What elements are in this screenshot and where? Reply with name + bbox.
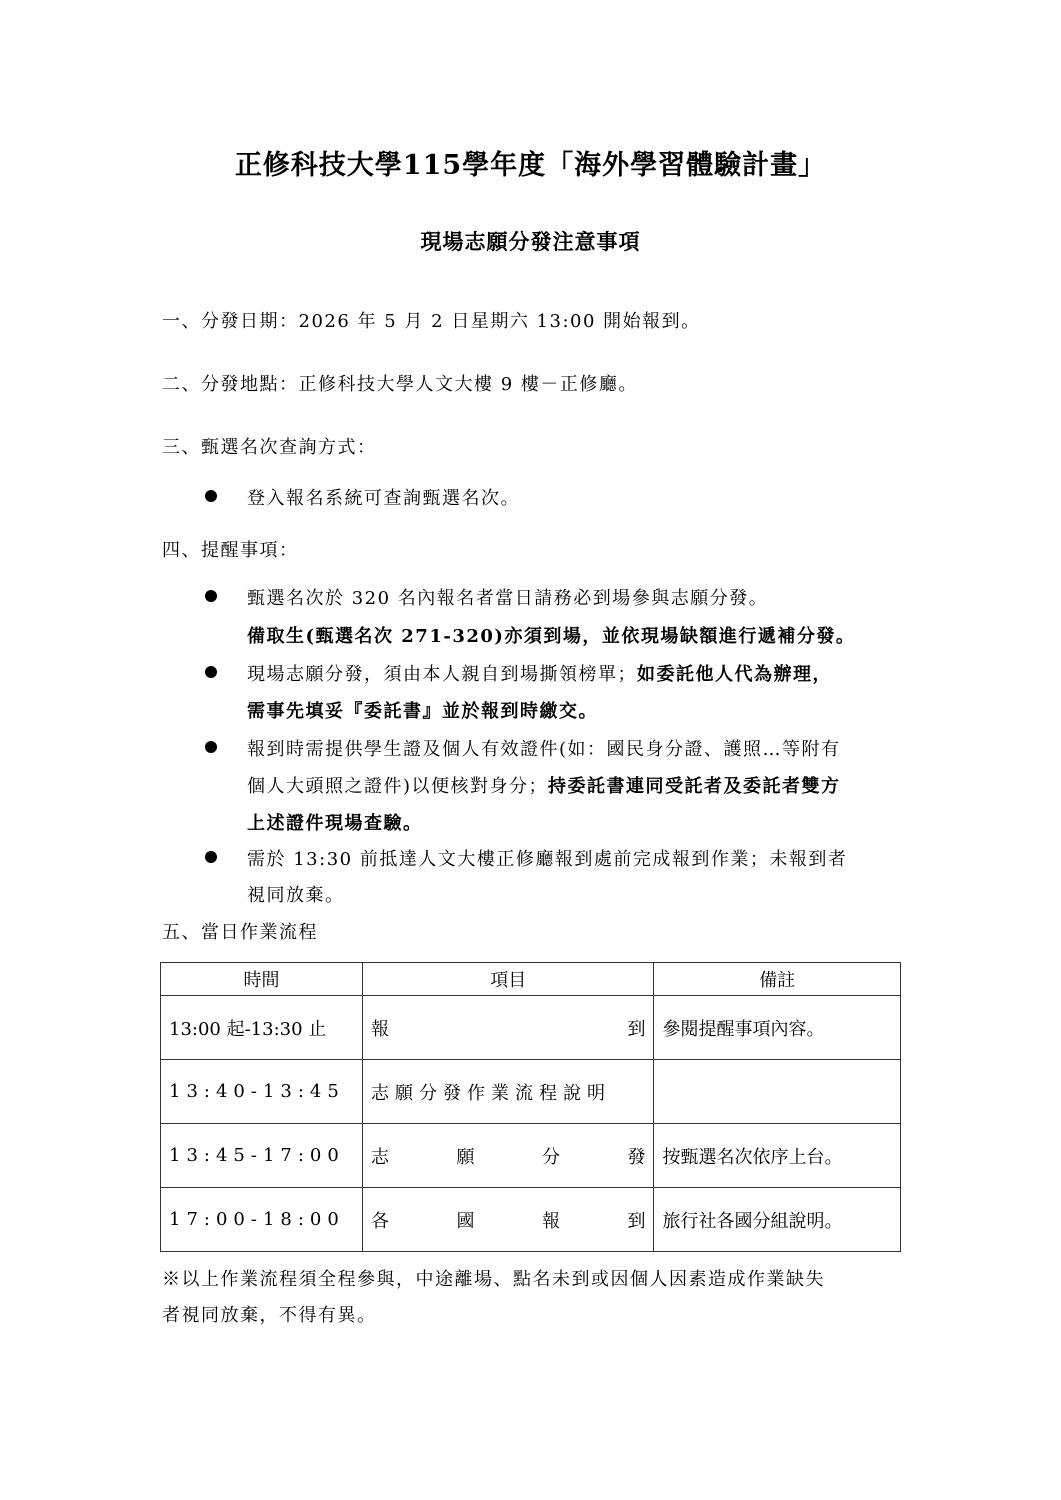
reminder-3-line-3: 上述證件現場查驗。 [247, 809, 423, 835]
cell-time: 13:00 起-13:30 止 [161, 996, 363, 1060]
cell-item-char: 各 [371, 1207, 389, 1233]
cell-note [654, 1060, 901, 1124]
bullet-icon [205, 590, 217, 602]
reminder-2-line-1: 現場志願分發，須由本人親自到場撕領榜單；如委託他人代為辦理， [247, 660, 832, 686]
daily-schedule-table: 時間 項目 備註 13:00 起-13:30 止 報 到 參閱提醒事項內容。 1… [160, 962, 901, 1252]
header-item: 項目 [362, 963, 654, 996]
cell-item-char: 發 [627, 1143, 645, 1169]
cell-item-char: 到 [627, 1015, 645, 1041]
footnote-line-2: 者視同放棄，不得有異。 [162, 1301, 377, 1327]
section-reminders-heading: 四、提醒事項： [162, 536, 299, 562]
section-distribution-date: 一、分發日期：2026 年 5 月 2 日星期六 13:00 開始報到。 [162, 307, 701, 333]
section-distribution-location: 二、分發地點：正修科技大學人文大樓 9 樓－正修廳。 [162, 370, 638, 396]
cell-item-char: 報 [542, 1207, 560, 1233]
bullet-icon [205, 741, 217, 753]
document-page: 正修科技大學115學年度「海外學習體驗計畫」 現場志願分發注意事項 一、分發日期… [0, 0, 1061, 1500]
cell-item-char: 報 [371, 1015, 389, 1041]
bullet-icon [205, 851, 217, 863]
cell-item: 志 願 分 發 [362, 1124, 654, 1188]
bullet-icon [205, 666, 217, 678]
cell-item-char: 願 [456, 1143, 474, 1169]
table-row: 13:40-13:45 志願分發作業流程說明 [161, 1060, 901, 1124]
bullet-icon [205, 490, 217, 502]
cell-time: 13:40-13:45 [161, 1060, 363, 1124]
table-row: 13:45-17:00 志 願 分 發 按甄選名次依序上台。 [161, 1124, 901, 1188]
reminder-2-bold: 如委託他人代為辦理， [637, 664, 832, 685]
cell-item: 志願分發作業流程說明 [362, 1060, 654, 1124]
reminder-4-line-2: 視同放棄。 [247, 881, 345, 907]
cell-note: 參閱提醒事項內容。 [654, 996, 901, 1060]
reminder-2-line-2: 需事先填妥『委託書』並於報到時繳交。 [247, 697, 598, 723]
document-subtitle: 現場志願分發注意事項 [0, 226, 1061, 256]
table-row: 13:00 起-13:30 止 報 到 參閱提醒事項內容。 [161, 996, 901, 1060]
reminder-4-line-1: 需於 13:30 前抵達人文大樓正修廳報到處前完成報到作業；未報到者 [247, 845, 847, 871]
footnote-line-1: ※以上作業流程須全程參與，中途離場、點名未到或因個人因素造成作業缺失 [162, 1265, 825, 1291]
reminder-3-line-1: 報到時需提供學生證及個人有效證件(如：國民身分證、護照…等附有 [247, 735, 841, 761]
cell-item-char: 到 [627, 1207, 645, 1233]
cell-note: 按甄選名次依序上台。 [654, 1124, 901, 1188]
reminder-2-normal: 現場志願分發，須由本人親自到場撕領榜單； [247, 664, 637, 685]
reminder-3-normal: 個人大頭照之證件)以便核對身分； [247, 776, 548, 797]
header-time: 時間 [161, 963, 363, 996]
reminder-3-line-2: 個人大頭照之證件)以便核對身分；持委託書連同受託者及委託者雙方 [247, 772, 841, 798]
document-title: 正修科技大學115學年度「海外學習體驗計畫」 [0, 143, 1061, 182]
ranking-query-bullet: 登入報名系統可查詢甄選名次。 [247, 484, 520, 510]
reminder-1-line-2: 備取生(甄選名次 271-320)亦須到場，並依現場缺額進行遞補分發。 [247, 622, 855, 648]
cell-item-char: 分 [542, 1143, 560, 1169]
cell-item: 各 國 報 到 [362, 1188, 654, 1252]
table-row: 17:00-18:00 各 國 報 到 旅行社各國分組說明。 [161, 1188, 901, 1252]
cell-item-char: 國 [456, 1207, 474, 1233]
cell-time: 13:45-17:00 [161, 1124, 363, 1188]
reminder-1-line-1: 甄選名次於 320 名內報名者當日請務必到場參與志願分發。 [247, 584, 768, 610]
section-daily-process-heading: 五、當日作業流程 [162, 918, 318, 944]
header-note: 備註 [654, 963, 901, 996]
cell-note: 旅行社各國分組說明。 [654, 1188, 901, 1252]
cell-item-char: 志 [371, 1143, 389, 1169]
table-header-row: 時間 項目 備註 [161, 963, 901, 996]
cell-time: 17:00-18:00 [161, 1188, 363, 1252]
reminder-3-bold: 持委託書連同受託者及委託者雙方 [548, 776, 841, 797]
cell-item: 報 到 [362, 996, 654, 1060]
section-ranking-query-heading: 三、甄選名次查詢方式： [162, 433, 377, 459]
